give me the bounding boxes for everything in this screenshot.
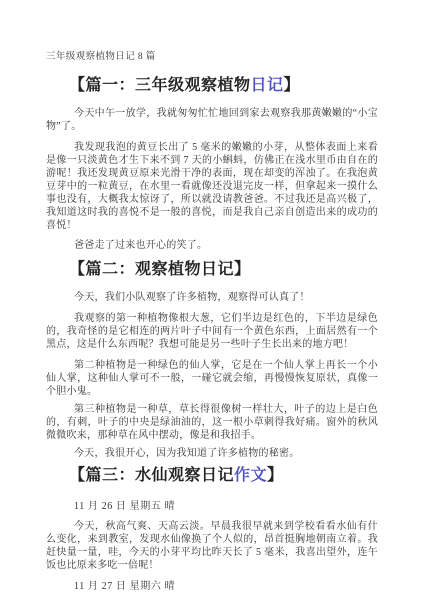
paragraph: 今天，我很开心，因为我知道了许多植物的秘密。 — [46, 447, 378, 460]
heading-text: 【篇二：观察植物日记 — [69, 261, 234, 278]
paragraph: 爸爸走了过来也开心的笑了。 — [46, 239, 378, 252]
paragraph: 第二种植物是一种绿色的仙人掌，它是在一个仙人掌上再长一个小仙人掌，这种仙人掌可不… — [46, 359, 378, 398]
date-line: 11 月 26 日 星期五 晴 — [46, 500, 378, 513]
section-3-heading: 【篇三：水仙观察日记作文】 — [69, 466, 378, 486]
paragraph: 今天中午一放学，我就匆匆忙忙地回到家去观察我那黄嫩嫩的“小宝物”了。 — [46, 107, 378, 133]
section-1-heading: 【篇一：三年级观察植物日记】 — [69, 76, 378, 96]
date-line: 11 月 27 日 星期六 晴 — [46, 580, 378, 593]
heading-closing-bracket: 】 — [284, 77, 301, 94]
heading-accent-text: 日记 — [251, 77, 284, 94]
doc-title: 三年级观察植物日记 8 篇 — [46, 52, 378, 63]
heading-text: 【篇三：水仙观察日记 — [69, 467, 234, 484]
heading-text: 【篇一：三年级观察植物 — [69, 77, 251, 94]
document-page: 三年级观察植物日记 8 篇 【篇一：三年级观察植物日记】 今天中午一放学，我就匆… — [0, 0, 424, 600]
document-content: 三年级观察植物日记 8 篇 【篇一：三年级观察植物日记】 今天中午一放学，我就匆… — [46, 52, 378, 593]
paragraph: 第三种植物是一种草，草长得很像树一样壮大，叶子的边上是白色的，有刺，叶子的中央是… — [46, 403, 378, 442]
section-2-heading: 【篇二：观察植物日记】 — [69, 260, 378, 280]
heading-closing-bracket: 】 — [267, 467, 284, 484]
paragraph: 今天，我们小队观察了许多植物，观察得可认真了！ — [46, 291, 378, 304]
paragraph: 我发现我泡的黄豆长出了 5 毫米的嫩嫩的小芽，从整体表面上来看是像一只淡黄色才生… — [46, 141, 378, 232]
paragraph: 今天，秋高气爽、天高云淡。早晨我很早就来到学校看看水仙有什么变化，来到教室，发现… — [46, 520, 378, 572]
heading-accent-text: 作文 — [234, 467, 267, 484]
paragraph: 我观察的第一种植物像根大葱，它们半边是红色的，下半边是绿色的，我奇怪的是它相连的… — [46, 312, 378, 351]
heading-closing-bracket: 】 — [234, 261, 251, 278]
